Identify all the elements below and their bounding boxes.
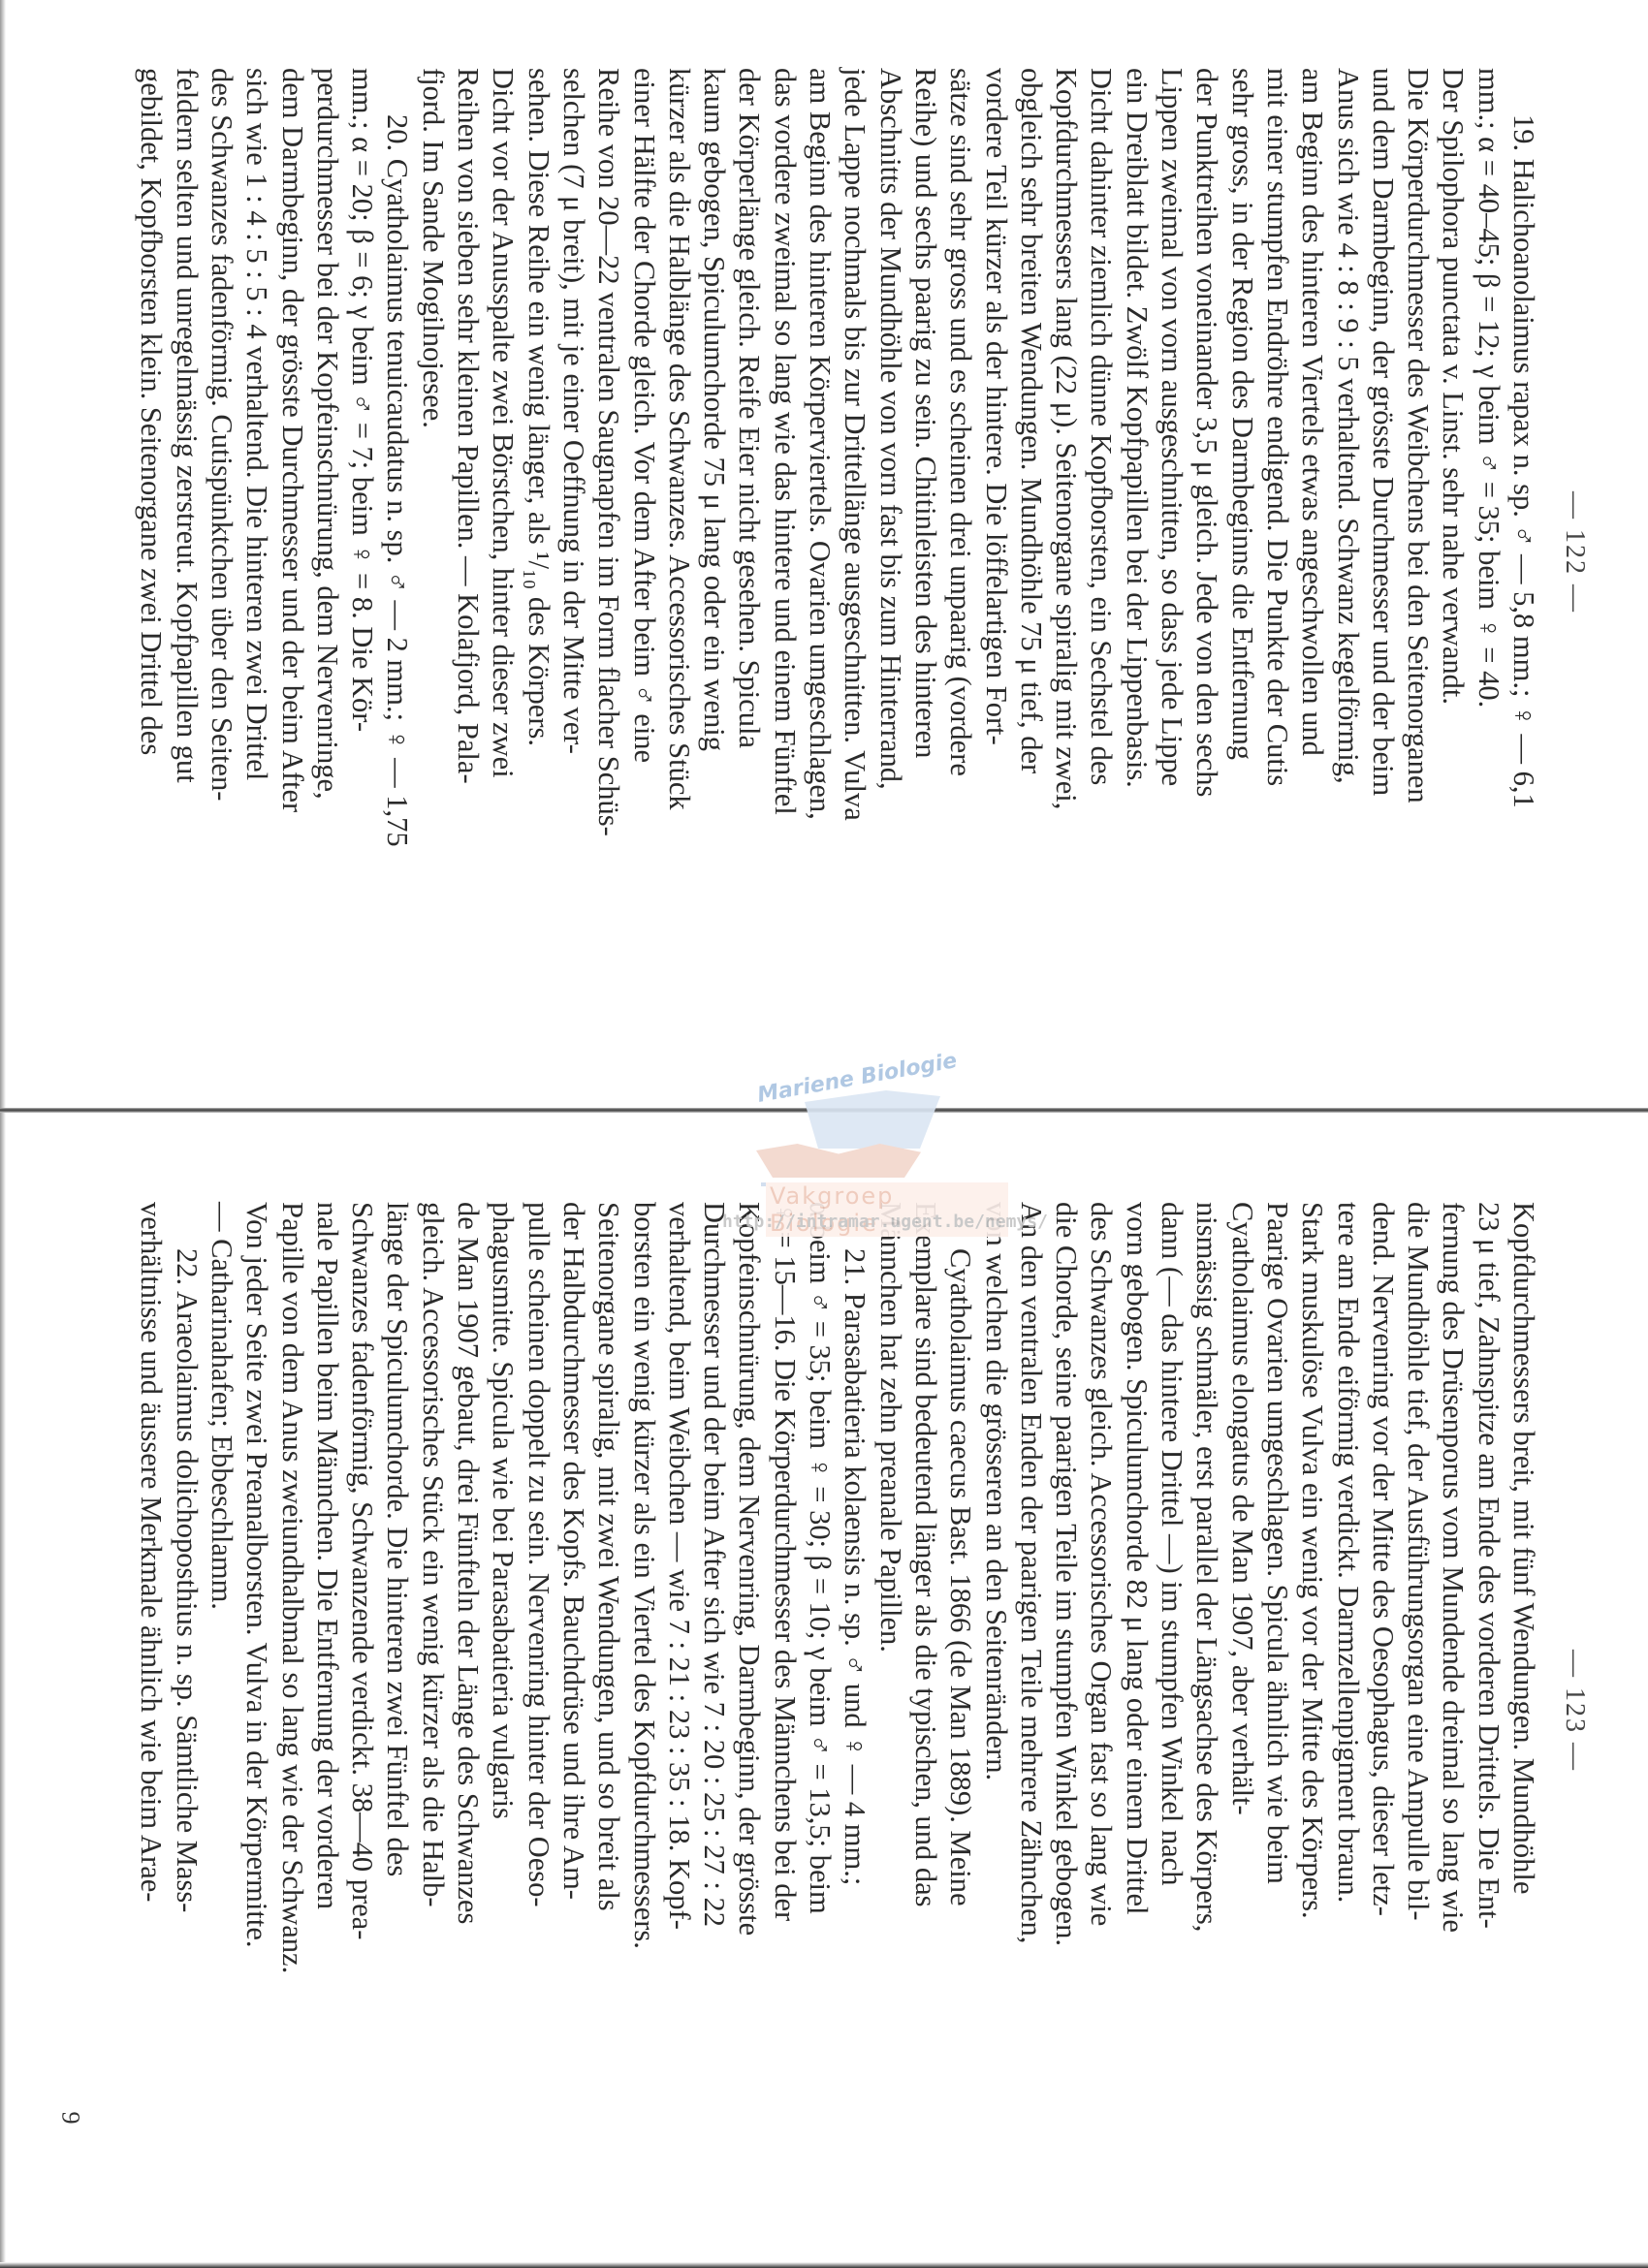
watermark-url: http://intramar.ugent.be/nemys/ (722, 1212, 1048, 1232)
text-line: Reihe von 20—22 ventralen Saugnapfen im … (591, 68, 626, 1037)
text-line: nismässig schmäler, erst parallel der Lä… (1189, 1202, 1224, 2220)
text-line: ♀ = 15—16. Die Körperdurchmesser des Män… (767, 1202, 802, 2220)
text-line: Dicht dahinter ziemlich dünne Kopfborste… (1084, 68, 1119, 1037)
text-line: der Körperlänge gleich. Reife Eier nicht… (732, 68, 767, 1037)
text-line: Paarige Ovarien umgeschlagen. Spicula äh… (1260, 1202, 1295, 2220)
text-line: 23 μ tief, Zahnspitze am Ende des vorder… (1471, 1202, 1505, 2220)
text-line: verhaltend, beim Weibchen — wie 7 : 21 :… (662, 1202, 697, 2220)
text-line: Von jeder Seite zwei Preanalborsten. Vul… (239, 1202, 274, 2220)
watermark-logo: Mariene Biologie Vakgroep Biologie http:… (640, 1037, 1008, 1241)
text-line: Der Spilophora punctata v. Linst. sehr n… (1436, 68, 1471, 1037)
left-page-text: 19. Halichoanolaimus rapax n. sp. ♂ — 5,… (134, 68, 1541, 1037)
text-line: gleich. Accessorisches Stück ein wenig k… (416, 1202, 451, 2220)
text-line: 19. Halichoanolaimus rapax n. sp. ♂ — 5,… (1506, 68, 1541, 1037)
right-page-rotated-content: — 123 — Kopfdurchmessers breit, mit fünf… (134, 1202, 1590, 2220)
text-line: 22. Araeolaimus dolichoposthius n. sp. S… (169, 1202, 204, 2220)
watermark-wave-shape (805, 1090, 940, 1149)
text-line: sehr gross, in der Region des Darmbeginn… (1224, 68, 1259, 1037)
text-line: sich wie 1 : 4 : 5 : 5 : 4 verhaltend. D… (239, 68, 274, 1037)
text-line: 20. Cyatholaimus tenuicaudatus n. sp. ♂ … (380, 68, 415, 1037)
text-line: Reihe) und sechs paarig zu sein. Chitinl… (908, 68, 943, 1037)
right-page-123: — 123 — Kopfdurchmessers breit, mit fünf… (0, 1115, 1648, 2268)
text-line: gebildet, Kopfborsten klein. Seitenorgan… (134, 68, 169, 1037)
text-line: Kopfdurchmessers lang (22 μ). Seitenorga… (1049, 68, 1084, 1037)
text-line: am Beginn des hinteren Viertels etwas an… (1295, 68, 1330, 1037)
text-line: dem Darmbeginn, der grösste Durchmesser … (274, 68, 309, 1037)
text-line: Seitenorgane spiralig, mit zwei Wendunge… (591, 1202, 626, 2220)
page-number-123: — 123 — (1559, 1202, 1590, 2220)
text-line: Kopfdurchmessers breit, mit fünf Wendung… (1506, 1202, 1541, 2220)
text-line: Durchmesser und der beim After sich wie … (697, 1202, 732, 2220)
text-line: perdurchmesser bei der Kopfeinschnürung,… (310, 68, 345, 1037)
text-line: kaum gebogen, Spiculumchorde 75 μ lang o… (697, 68, 732, 1037)
text-line: Männchen hat zehn preanale Papillen. (872, 1202, 907, 2220)
text-line: die Mundhöhle tief, der Ausführungsorgan… (1401, 1202, 1436, 2220)
text-line: borsten ein wenig kürzer als ein Viertel… (626, 1202, 661, 2220)
text-line: von welchen die grösseren an den Seitenr… (978, 1202, 1013, 2220)
text-line: Die Körperdurchmesser des Weibchens bei … (1401, 68, 1436, 1037)
text-line: sätze sind sehr gross und es scheinen dr… (943, 68, 978, 1037)
text-line: mm.; α = 20; β = 6; γ beim ♂ = 7; beim ♀… (345, 68, 380, 1037)
text-line: am Beginn des hinteren Körperviertels. O… (803, 68, 838, 1037)
text-line: verhältnisse und äussere Merkmale ähnlic… (134, 1202, 169, 2220)
text-line: mit einer stumpfen Endröhre endigend. Di… (1260, 68, 1295, 1037)
text-line: des Schwanzes gleich. Accessorisches Org… (1084, 1202, 1119, 2220)
text-line: vorn gebogen. Spiculumchorde 82 μ lang o… (1119, 1202, 1154, 2220)
text-line: pulle scheinen doppelt zu sein. Nervenri… (521, 1202, 555, 2220)
text-line: dend. Nervenring vor der Mitte des Oesop… (1366, 1202, 1401, 2220)
text-line: Papille von dem Anus zweiundhalbmal so l… (274, 1202, 309, 2220)
text-line: Cyatholaimus caecus Bast. 1866 (de Man 1… (943, 1202, 978, 2220)
text-line: länge der Spiculumchorde. Die hinteren z… (380, 1202, 415, 2220)
text-line: — Catharinahafen; Ebbeschlamm. (205, 1202, 239, 2220)
text-line: und dem Darmbeginn, der grösste Durchmes… (1366, 68, 1401, 1037)
left-page-rotated-content: — 122 — 19. Halichoanolaimus rapax n. sp… (134, 68, 1590, 1037)
text-line: des Schwanzes fadenförmig. Cutispünktche… (205, 68, 239, 1037)
right-page-text: Kopfdurchmessers breit, mit fünf Wendung… (134, 1202, 1541, 2220)
watermark-red-shape (756, 1144, 921, 1178)
left-page-122: — 122 — 19. Halichoanolaimus rapax n. sp… (0, 0, 1648, 1115)
text-line: der Punktreihen voneinander 3,5 μ gleich… (1189, 68, 1224, 1037)
text-line: vordere Teil kürzer als der hintere. Die… (978, 68, 1013, 1037)
text-line: Lippen zweimal von vorn ausgeschnitten, … (1155, 68, 1189, 1037)
text-line: An den ventralen Enden der paarigen Teil… (1014, 1202, 1049, 2220)
text-line: Reihen von sieben sehr kleinen Papillen.… (451, 68, 486, 1037)
text-line: nale Papillen beim Männchen. Die Entfern… (310, 1202, 345, 2220)
text-line: dann (— das hintere Drittel —) im stumpf… (1155, 1202, 1189, 2220)
text-line: fernung des Drüsenporus vom Mundende dre… (1436, 1202, 1471, 2220)
text-line: jede Lappe nochmals bis zur Drittellänge… (838, 68, 872, 1037)
page-number-122: — 122 — (1559, 68, 1590, 1037)
text-line: Anus sich wie 4 : 8 : 9 : 5 verhaltend. … (1330, 68, 1365, 1037)
text-line: phagusmitte. Spicula wie bei Parasabatie… (486, 1202, 521, 2220)
text-line: der Halbdurchmesser des Kopfs. Bauchdrüs… (556, 1202, 591, 2220)
text-line: 21. Parasabatieria kolaensis n. sp. ♂ un… (838, 1202, 872, 2220)
text-line: Kopfeinschnürung, dem Nervenring, Darmbe… (732, 1202, 767, 2220)
text-line: de Man 1907 gebaut, drei Fünfteln der Lä… (451, 1202, 486, 2220)
text-line: Schwanzes fadenförmig, Schwanzende verdi… (345, 1202, 380, 2220)
text-line: fjord. Im Sande Mogilnojesee. (416, 68, 451, 1037)
text-line: kürzer als die Halblänge des Schwanzes. … (662, 68, 697, 1037)
text-line: Dicht vor der Anusspalte zwei Börstchen,… (486, 68, 521, 1037)
text-line: tere am Ende eiförmig verdickt. Darmzell… (1330, 1202, 1365, 2220)
text-line: feldern selten und unregelmässig zerstre… (169, 68, 204, 1037)
text-line: einer Hälfte der Chorde gleich. Vor dem … (626, 68, 661, 1037)
text-line: selchen (7 μ breit), mit je einer Oeffnu… (556, 68, 591, 1037)
text-line: obgleich sehr breiten Wendungen. Mundhöh… (1014, 68, 1049, 1037)
text-line: sehen. Diese Reihe ein wenig länger, als… (521, 68, 555, 1037)
text-line: Abschnitts der Mundhöhle von vorn fast b… (872, 68, 907, 1037)
text-line: Stark muskulöse Vulva ein wenig vor der … (1295, 1202, 1330, 2220)
scan-bottom-edge (0, 2262, 1648, 2268)
text-line: das vordere zweimal so lang wie das hint… (767, 68, 802, 1037)
text-line: mm.; α = 40–45; β = 12; γ beim ♂ = 35; b… (1471, 68, 1505, 1037)
text-line: Exemplare sind bedeutend länger als die … (908, 1202, 943, 2220)
text-line: Cyatholaimus elongatus de Man 1907, aber… (1224, 1202, 1259, 2220)
signature-mark: 9 (56, 2112, 85, 2125)
text-line: α beim ♂ = 35; beim ♀ = 30; β = 10; γ be… (803, 1202, 838, 2220)
text-line: die Chorde, seine paarigen Teile im stum… (1049, 1202, 1084, 2220)
text-line: ein Dreiblatt bildet. Zwölf Kopfpapillen… (1119, 68, 1154, 1037)
